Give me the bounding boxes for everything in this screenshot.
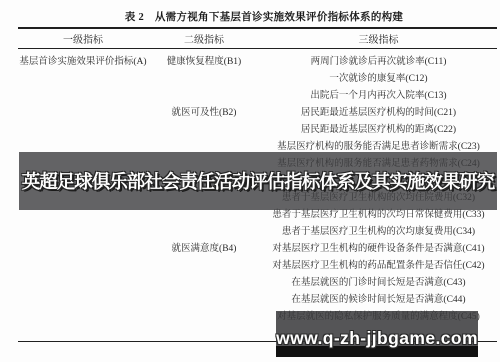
overlay-headline-banner: 英超足球俱乐部社会责任活动评估指标体系及其实施效果研究 (19, 152, 497, 210)
table-cell: 在基层就医的门诊时间长短是否满意(C43) (260, 274, 497, 288)
table-header-row: 一级指标 二级指标 三级指标 (18, 29, 497, 48)
table-cell: 患者于基层医疗卫生机构的次均康复费用(C34) (260, 223, 497, 237)
table-row: 基层医疗机构的服务能否满足患者诊断需求(C23) (18, 137, 497, 154)
table-cell: 一次就诊的康复率(C12) (260, 70, 497, 84)
table-cell: 就医可及性(B2) (148, 104, 260, 118)
watermark-url-text: www.q-zh-jjbgame.com (276, 328, 478, 349)
table-row: 对基层医疗卫生机构的药品配置条件是否信任(C42) (18, 256, 497, 273)
column-header-level1: 一级指标 (18, 31, 148, 46)
watermark-box: www.q-zh-jjbgame.com (276, 311, 478, 357)
table-cell: 居民距最近基层医疗机构的时间(C21) (260, 104, 497, 118)
table-cell: 对基层医疗卫生机构的药品配置条件是否信任(C42) (260, 257, 497, 271)
table-row: 居民距最近基层医疗机构的距离(C22) (18, 120, 497, 137)
document-page: 表 2 从需方视角下基层首诊实施效果评价指标体系的构建 一级指标 二级指标 三级… (0, 0, 500, 362)
column-header-level2: 二级指标 (148, 31, 260, 46)
table-cell: 在基层就医的候诊时间长短是否满意(C44) (260, 291, 497, 305)
table-cell: 出院后一个月内再次入院率(C13) (260, 87, 497, 101)
table-row: 在基层就医的门诊时间长短是否满意(C43) (18, 273, 497, 290)
table-row: 患者于基层医疗卫生机构的次均康复费用(C34) (18, 222, 497, 239)
table-cell: 基层首诊实施效果评价指标(A) (18, 53, 148, 67)
table-cell: 健康恢复程度(B1) (148, 53, 260, 67)
table-cell: 对基层医疗卫生机构的硬件设备条件是否满意(C41) (260, 240, 497, 254)
table-row: 出院后一个月内再次入院率(C13) (18, 86, 497, 103)
table-row: 一次就诊的康复率(C12) (18, 69, 497, 86)
table-cell: 两周门诊就诊后再次就诊率(C11) (260, 53, 497, 67)
table-cell: 就医满意度(B4) (148, 240, 260, 254)
column-header-level3: 三级指标 (260, 31, 497, 46)
table-row: 基层首诊实施效果评价指标(A)健康恢复程度(B1)两周门诊就诊后再次就诊率(C1… (18, 52, 497, 69)
table-title: 表 2 从需方视角下基层首诊实施效果评价指标体系的构建 (0, 9, 500, 24)
overlay-headline-text: 英超足球俱乐部社会责任活动评估指标体系及其实施效果研究 (22, 168, 495, 194)
table-cell: 居民距最近基层医疗机构的距离(C22) (260, 121, 497, 135)
watermark-gray-panel: www.q-zh-jjbgame.com (276, 311, 478, 346)
table-cell: 基层医疗机构的服务能否满足患者诊断需求(C23) (260, 138, 497, 152)
table-row: 在基层就医的候诊时间长短是否满意(C44) (18, 290, 497, 307)
table-row: 就医可及性(B2)居民距最近基层医疗机构的时间(C21) (18, 103, 497, 120)
table-row: 就医满意度(B4)对基层医疗卫生机构的硬件设备条件是否满意(C41) (18, 239, 497, 256)
